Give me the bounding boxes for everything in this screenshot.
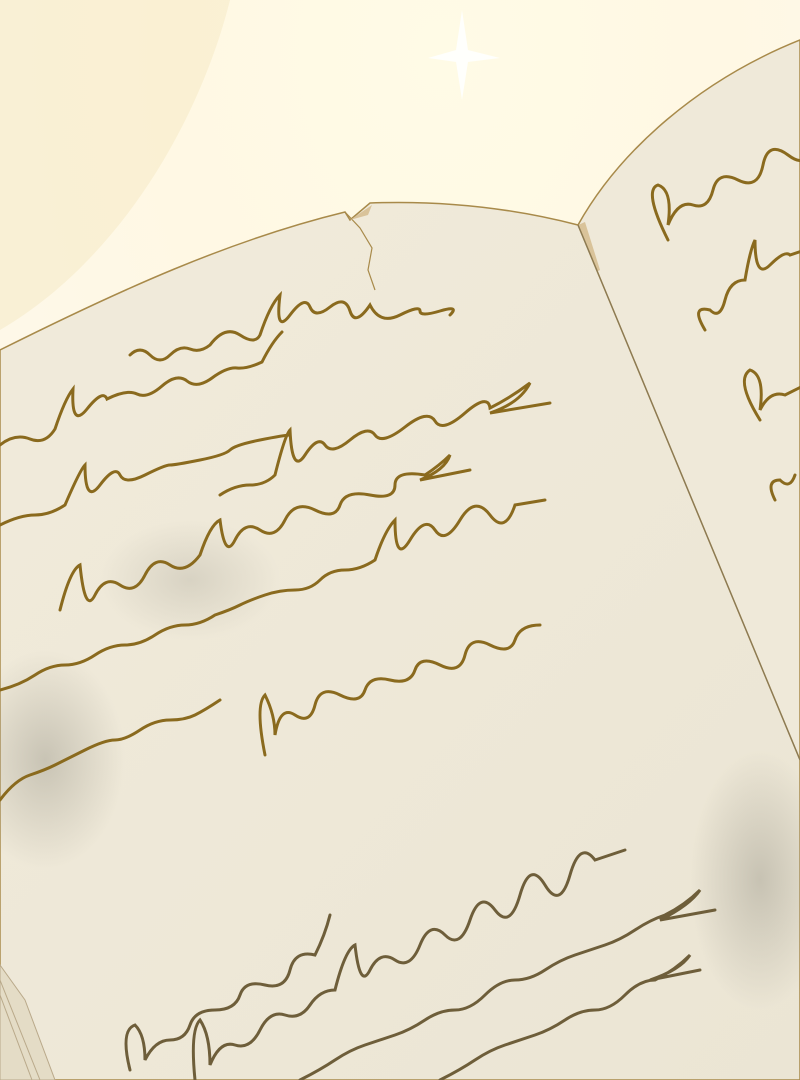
ink-smudge	[100, 520, 280, 640]
book-illustration	[0, 0, 800, 1080]
book-svg	[0, 0, 800, 1080]
